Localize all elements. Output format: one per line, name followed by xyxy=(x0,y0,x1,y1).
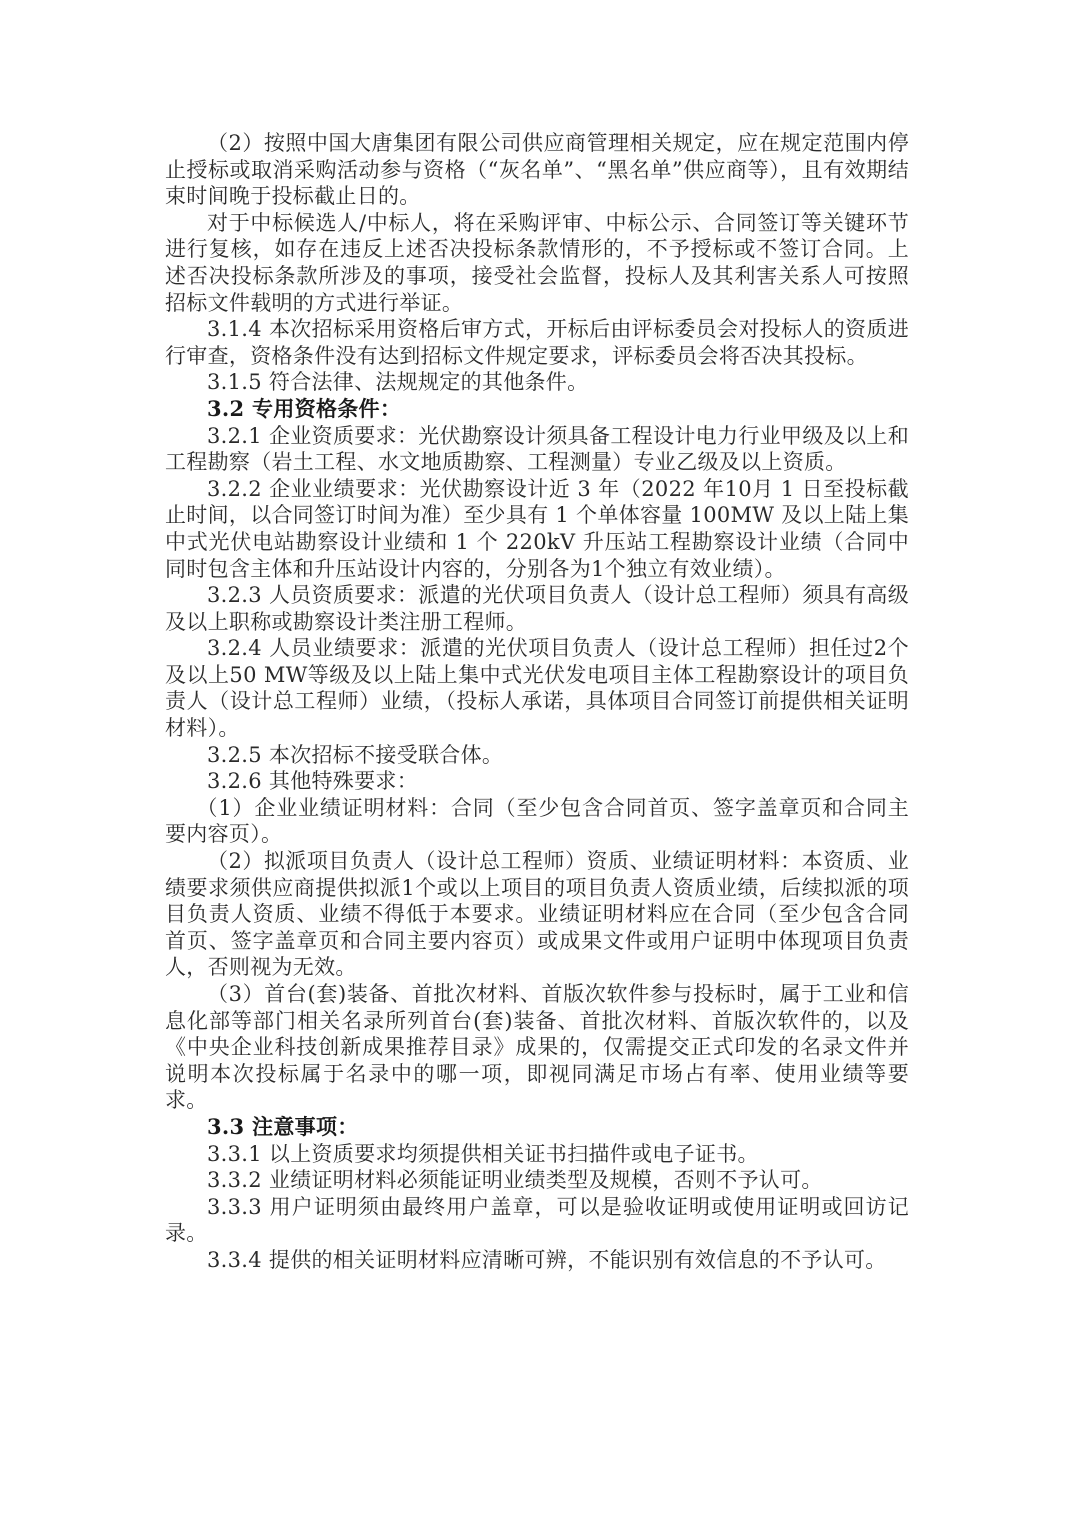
paragraph-3-2-5: 3.2.5 本次招标不接受联合体。 xyxy=(165,742,909,769)
paragraph-3-2-6: 3.2.6 其他特殊要求： xyxy=(165,768,909,795)
paragraph-3-3-2: 3.3.2 业绩证明材料必须能证明业绩类型及规模，否则不予认可。 xyxy=(165,1167,909,1194)
paragraph-3-1-4: 3.1.4 本次招标采用资格后审方式，开标后由评标委员会对投标人的资质进行审查，… xyxy=(165,316,909,369)
paragraph-3-2-1: 3.2.1 企业资质要求：光伏勘察设计须具备工程设计电力行业甲级及以上和工程勘察… xyxy=(165,423,909,476)
section-heading-3-2: 3.2 专用资格条件： xyxy=(165,396,909,423)
section-heading-3-3: 3.3 注意事项： xyxy=(165,1114,909,1141)
paragraph-3-2-2: 3.2.2 企业业绩要求：光伏勘察设计近 3 年（2022 年10月 1 日至投… xyxy=(165,476,909,582)
document-page: （2）按照中国大唐集团有限公司供应商管理相关规定，应在规定范围内停止授标或取消采… xyxy=(165,130,909,1274)
paragraph-3-2-6-item-3: （3）首台(套)装备、首批次材料、首版次软件参与投标时，属于工业和信息化部等部门… xyxy=(165,981,909,1114)
paragraph-3-1-5: 3.1.5 符合法律、法规规定的其他条件。 xyxy=(165,369,909,396)
paragraph-3-2-3: 3.2.3 人员资质要求：派遣的光伏项目负责人（设计总工程师）须具有高级及以上职… xyxy=(165,582,909,635)
paragraph-3-2-6-item-1: （1）企业业绩证明材料：合同（至少包含合同首页、签字盖章页和合同主要内容页）。 xyxy=(165,795,909,848)
paragraph-3-2-6-item-2: （2）拟派项目负责人（设计总工程师）资质、业绩证明材料：本资质、业绩要求须供应商… xyxy=(165,848,909,981)
paragraph-3-3-4: 3.3.4 提供的相关证明材料应清晰可辨，不能识别有效信息的不予认可。 xyxy=(165,1247,909,1274)
paragraph-3-3-1: 3.3.1 以上资质要求均须提供相关证书扫描件或电子证书。 xyxy=(165,1141,909,1168)
paragraph-blacklist-clause: （2）按照中国大唐集团有限公司供应商管理相关规定，应在规定范围内停止授标或取消采… xyxy=(165,130,909,210)
paragraph-3-3-3: 3.3.3 用户证明须由最终用户盖章，可以是验收证明或使用证明或回访记录。 xyxy=(165,1194,909,1247)
paragraph-3-2-4: 3.2.4 人员业绩要求：派遣的光伏项目负责人（设计总工程师）担任过2个及以上5… xyxy=(165,635,909,741)
paragraph-review-clause: 对于中标候选人/中标人，将在采购评审、中标公示、合同签订等关键环节进行复核，如存… xyxy=(165,210,909,316)
